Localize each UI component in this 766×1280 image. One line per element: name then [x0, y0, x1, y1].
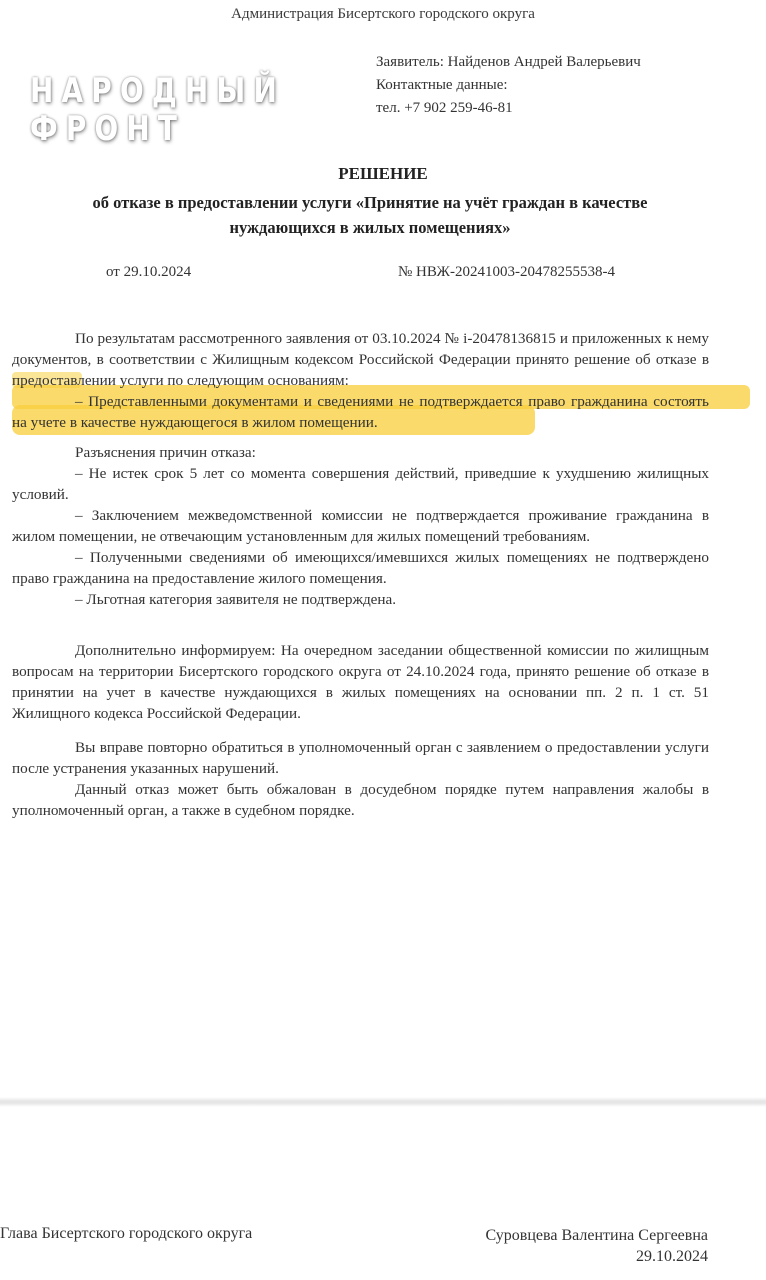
- document-subtitle: об отказе в предоставлении услуги «Приня…: [20, 190, 720, 240]
- reason-item: – Льготная категория заявителя не подтве…: [12, 589, 709, 610]
- intro-paragraph: По результатам рассмотренного заявления …: [12, 328, 709, 391]
- applicant-block: Заявитель: Найденов Андрей Валерьевич Ко…: [376, 51, 641, 120]
- signature-date: 29.10.2024: [430, 1246, 708, 1267]
- document-date: от 29.10.2024: [106, 264, 191, 281]
- document-number: № НВЖ-20241003-20478255538-4: [398, 264, 615, 281]
- reapply-paragraph: Вы вправе повторно обратиться в уполномо…: [12, 737, 709, 779]
- page-break-divider: [0, 1097, 766, 1107]
- reason-item: – Не истек срок 5 лет со момента соверше…: [12, 463, 709, 505]
- closing-section: Вы вправе повторно обратиться в уполномо…: [12, 737, 709, 821]
- signatory-name: Суровцева Валентина Сергеевна: [430, 1225, 708, 1246]
- reason-item: – Заключением межведомственной комиссии …: [12, 505, 709, 547]
- appeal-paragraph: Данный отказ может быть обжалован в досу…: [12, 779, 709, 821]
- ground-paragraph: – Представленными документами и сведения…: [12, 391, 709, 433]
- contacts-label: Контактные данные:: [376, 74, 641, 97]
- organization-header: Администрация Бисертского городского окр…: [0, 6, 766, 23]
- body-section: По результатам рассмотренного заявления …: [12, 328, 709, 433]
- document-title: РЕШЕНИЕ: [0, 164, 766, 184]
- watermark-line-1: НАРОДНЫЙ: [30, 72, 285, 110]
- subtitle-line-2: нуждающихся в жилых помещениях»: [20, 215, 720, 240]
- signatory-position: Глава Бисертского городского округа: [0, 1225, 252, 1243]
- subtitle-line-1: об отказе в предоставлении услуги «Приня…: [20, 190, 720, 215]
- reasons-section: Разъяснения причин отказа: – Не истек ср…: [12, 442, 709, 610]
- applicant-name: Заявитель: Найденов Андрей Валерьевич: [376, 51, 641, 74]
- applicant-phone: тел. +7 902 259-46-81: [376, 97, 641, 120]
- signatory-block: Суровцева Валентина Сергеевна 29.10.2024: [430, 1225, 708, 1267]
- additional-info-paragraph: Дополнительно информируем: На очередном …: [12, 640, 709, 724]
- reason-item: – Полученными сведениями об имеющихся/им…: [12, 547, 709, 589]
- watermark-logo: НАРОДНЫЙ ФРОНТ: [30, 72, 285, 148]
- reasons-heading: Разъяснения причин отказа:: [12, 442, 709, 463]
- watermark-line-2: ФРОНТ: [30, 110, 285, 148]
